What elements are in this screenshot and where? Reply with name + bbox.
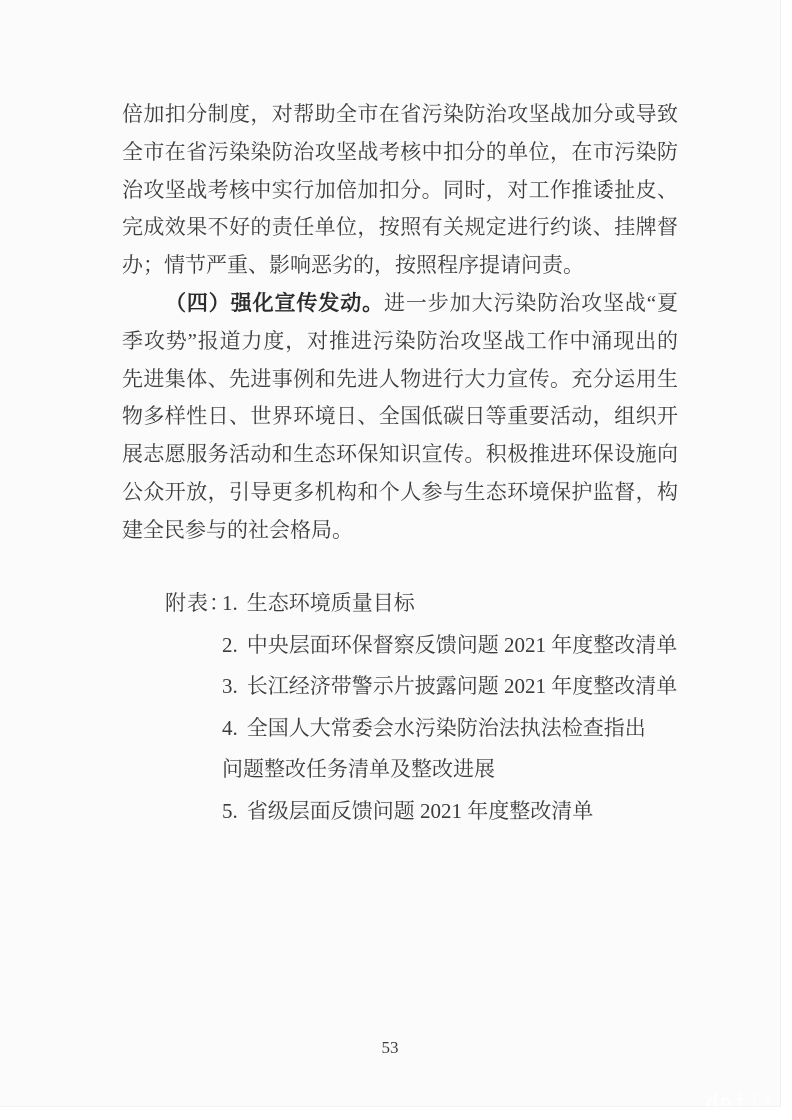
attachment-item: 2.中央层面环保督察反馈问题 2021 年度整改清单 xyxy=(222,625,677,667)
paragraph1-line: 全市在省污染染防治攻坚战考核中扣分的单位，在市污染防 xyxy=(122,134,678,172)
attachment-item: 3.长江经济带警示片披露问题 2021 年度整改清单 xyxy=(222,666,677,708)
paragraph2-line: 物多样性日、世界环境日、全国低碳日等重要活动，组织开 xyxy=(122,398,678,436)
document-page: 倍加扣分制度，对帮助全市在省污染防治攻坚战加分或导致 全市在省污染染防治攻坚战考… xyxy=(0,0,781,1107)
body-text: 倍加扣分制度，对帮助全市在省污染防治攻坚战加分或导致 全市在省污染染防治攻坚战考… xyxy=(122,96,678,550)
section-heading: （四）强化宣传发动。 xyxy=(165,291,384,315)
attachment-item: 附表：1.生态环境质量目标 xyxy=(165,583,677,625)
attachment-item-number: 5. xyxy=(222,799,238,823)
attachment-item: 5.省级层面反馈问题 2021 年度整改清单 xyxy=(222,791,677,833)
attachment-item-text: 省级层面反馈问题 2021 年度整改清单 xyxy=(247,799,594,823)
paragraph1-line: 治攻坚战考核中实行加倍加扣分。同时，对工作推诿扯皮、 xyxy=(122,172,678,210)
attachment-item-continuation: 问题整改任务清单及整改进展 xyxy=(222,749,677,791)
paragraph2-line: 先进集体、先进事例和先进人物进行大力宣传。充分运用生 xyxy=(122,361,678,399)
paragraph2-line: 季攻势”报道力度，对推进污染防治攻坚战工作中涌现出的 xyxy=(122,323,678,361)
attachment-item-number: 1. xyxy=(222,591,238,615)
attachment-item-text: 全国人大常委会水污染防治法执法检查指出 xyxy=(247,716,646,740)
attachment-list: 附表：1.生态环境质量目标 2.中央层面环保督察反馈问题 2021 年度整改清单… xyxy=(165,583,677,833)
paragraph1-line: 完成效果不好的责任单位，按照有关规定进行约谈、挂牌督 xyxy=(122,209,678,247)
page-number: 53 xyxy=(0,1038,780,1058)
paragraph1-line: 办；情节严重、影响恶劣的，按照程序提请问责。 xyxy=(122,247,678,285)
attachment-item-number: 2. xyxy=(222,633,238,657)
attachment-item-number: 3. xyxy=(222,674,238,698)
attachment-item-text: 生态环境质量目标 xyxy=(247,591,415,615)
attachment-label: 附表： xyxy=(165,583,222,625)
paragraph2-line: 展志愿服务活动和生态环保知识宣传。积极推进环保设施向 xyxy=(122,436,678,474)
watermark-text: dniii.co xyxy=(706,1090,781,1107)
paragraph2-text: 进一步加大污染防治攻坚战“夏 xyxy=(384,291,678,315)
attachment-item-text: 中央层面环保督察反馈问题 2021 年度整改清单 xyxy=(247,633,678,657)
paragraph2-line: （四）强化宣传发动。进一步加大污染防治攻坚战“夏 xyxy=(122,285,678,323)
attachment-item: 4.全国人大常委会水污染防治法执法检查指出 xyxy=(222,708,677,750)
paragraph2-line: 公众开放，引导更多机构和个人参与生态环境保护监督，构 xyxy=(122,474,678,512)
paragraph1-line: 倍加扣分制度，对帮助全市在省污染防治攻坚战加分或导致 xyxy=(122,96,678,134)
attachment-item-number: 4. xyxy=(222,716,238,740)
attachment-item-text: 长江经济带警示片披露问题 2021 年度整改清单 xyxy=(247,674,678,698)
paragraph2-line: 建全民参与的社会格局。 xyxy=(122,512,678,550)
